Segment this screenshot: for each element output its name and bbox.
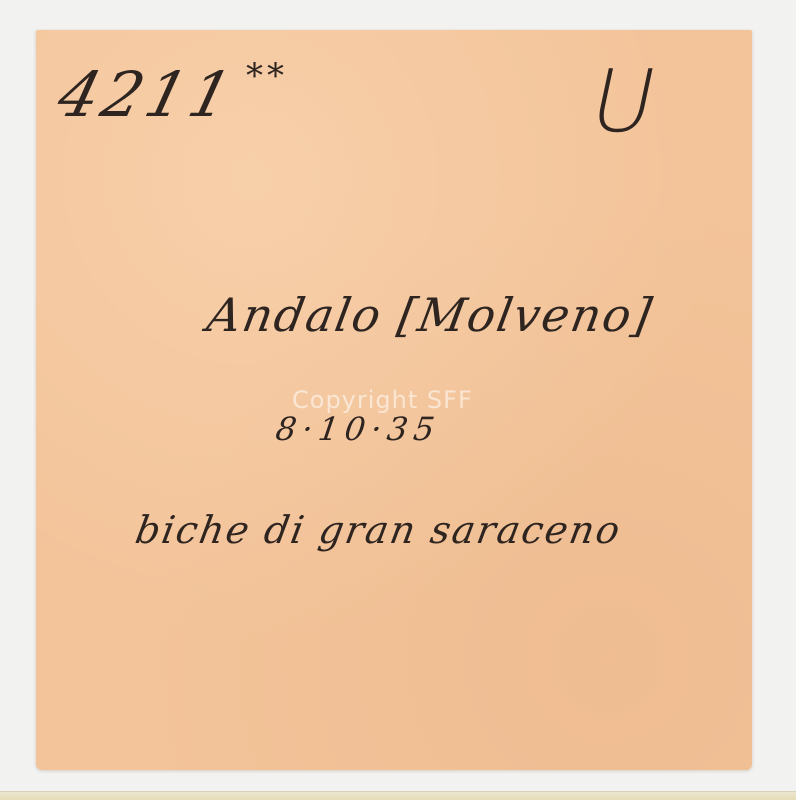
locality-text: Andalo [Molveno] — [203, 288, 657, 342]
specimen-description: biche di gran saraceno — [132, 508, 625, 552]
catalog-number: 4211 — [51, 58, 243, 131]
specimen-label-card: 4211 ** U Andalo [Molveno] 8·10·35 biche… — [36, 30, 752, 770]
copyright-watermark: Copyright SFF — [292, 386, 473, 414]
mount-sheet-edge — [0, 791, 796, 800]
collection-date: 8·10·35 — [273, 410, 442, 448]
category-letter: U — [581, 52, 666, 152]
catalog-star-marks: ** — [246, 56, 288, 96]
